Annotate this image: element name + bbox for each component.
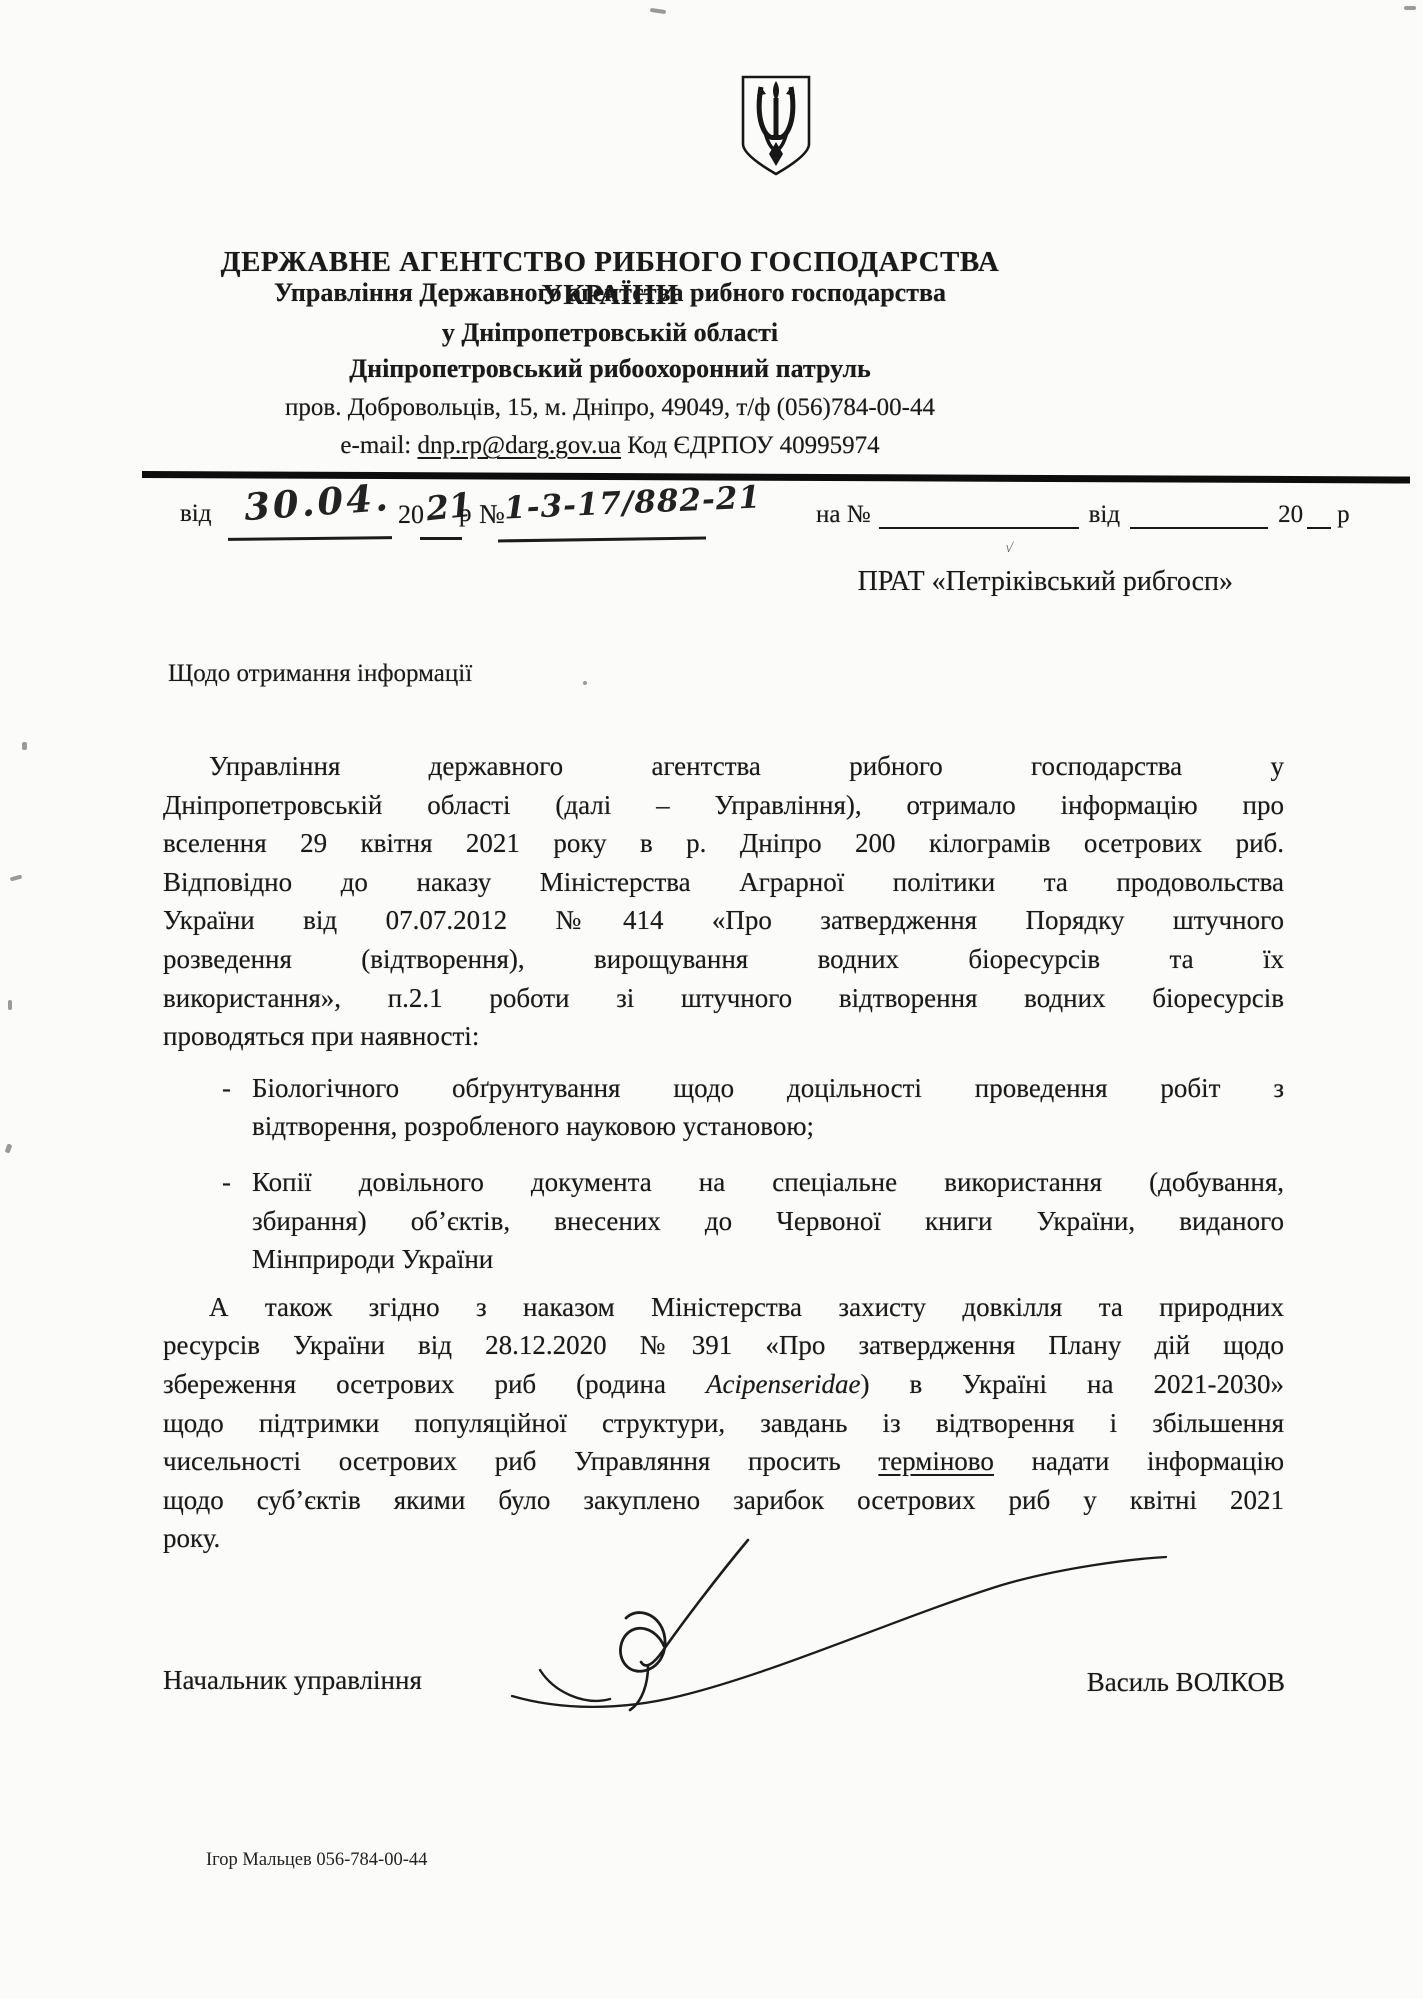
subject-line: Щодо отримання інформації (168, 660, 472, 688)
scan-speck (650, 8, 666, 14)
incoming-reference-blanks: на № від 20 р (816, 497, 1350, 529)
body-line: Біологічного обґрунтування щодо доцільно… (252, 1069, 1284, 1108)
outgoing-number-handwritten: 1-3-17/882-21 (503, 479, 761, 526)
list-item: - Копії довільного документа на спеціаль… (163, 1163, 1284, 1279)
incoming-number-label: на № (816, 501, 871, 529)
body-line: ресурсів України від 28.12.2020 №391 «Пр… (163, 1326, 1284, 1365)
department-line-1: Управління Державного агентства рибного … (150, 278, 1070, 308)
bullet-dash: - (222, 1163, 231, 1202)
executor-contact: Ігор Мальцев 056-784-00-44 (206, 1850, 427, 1871)
body-text-segment: ) в Україні на 2021-2030» (860, 1369, 1284, 1399)
body-line: збирання) об’єктів, внесених до Червоної… (252, 1202, 1284, 1241)
body-text-segment: надати інформацію (994, 1446, 1284, 1476)
outgoing-date-handwritten: 30.04. (243, 475, 392, 529)
letter-body: Управління державного агентства рибного … (163, 747, 1284, 1558)
incoming-year-prefix: 20 (1278, 501, 1303, 529)
outgoing-year-prefix: 20 (398, 500, 424, 530)
body-line: Управління державного агентства рибного … (163, 747, 1284, 786)
body-line: Мінприроди України (252, 1240, 1284, 1279)
email-address: dnp.rp@darg.gov.ua (417, 432, 621, 459)
body-line: відтворення, розробленого науковою устан… (252, 1107, 1284, 1146)
scan-speck (8, 1000, 12, 1010)
scan-speck (583, 681, 587, 685)
latin-species-name: Acipenseridae (706, 1369, 860, 1399)
body-line: щодо підтримки популяційної структури, з… (163, 1404, 1284, 1443)
number-underline (498, 537, 706, 543)
body-line: збереження осетрових риб (родина Acipens… (163, 1365, 1284, 1404)
year-underline (420, 537, 462, 540)
body-line: використання», п.2.1 роботи зі штучного … (163, 979, 1284, 1018)
scan-speck (10, 875, 23, 882)
body-line: Копії довільного документа на спеціальне… (252, 1163, 1284, 1202)
scan-speck (22, 742, 27, 750)
ukraine-trident-emblem-icon (738, 74, 814, 178)
outgoing-year-suffix: р (459, 500, 472, 528)
date-underline (228, 536, 392, 541)
addressee: ПРАТ «Петріківський рибгосп» (858, 566, 1233, 598)
body-line: щодо суб’єктів якими було закуплено зари… (163, 1481, 1284, 1520)
body-line: Відповідно до наказу Міністерства Аграрн… (163, 863, 1284, 902)
scan-speck (5, 1143, 13, 1153)
incoming-year-suffix: р (1337, 501, 1350, 529)
department-line-2: у Дніпропетровській області (150, 318, 1070, 348)
email-edrpou-line: e-mail: dnp.rp@darg.gov.ua Код ЄДРПОУ 40… (150, 432, 1070, 460)
email-label: e-mail: (340, 432, 411, 459)
list-item: - Біологічного обґрунтування щодо доціль… (163, 1069, 1284, 1146)
body-text-segment: збереження осетрових риб (родина (163, 1369, 706, 1399)
signer-position-title: Начальник управління (163, 1665, 422, 1696)
signer-name: Василь ВОЛКОВ (1087, 1667, 1285, 1698)
edrpou-code: Код ЄДРПОУ 40995974 (627, 432, 879, 459)
body-line: України від 07.07.2012 №414 «Про затверд… (163, 901, 1284, 940)
body-line: чисельності осетрових риб Управляння про… (163, 1442, 1284, 1481)
paragraph-1: Управління державного агентства рибного … (163, 747, 1284, 1056)
scan-speck (1404, 6, 1416, 10)
incoming-year-blank (1307, 497, 1331, 529)
department-line-3: Дніпропетровський рибоохоронний патруль (150, 354, 1070, 384)
outgoing-date-label: від (180, 500, 211, 528)
outgoing-number-label: № (479, 499, 505, 530)
emphasized-urgent-word: терміново (878, 1446, 993, 1476)
body-line: вселення 29 квітня 2021 року в р. Дніпро… (163, 824, 1284, 863)
body-line: розведення (відтворення), вирощування во… (163, 940, 1284, 979)
body-line: Дніпропетровській області (далі – Управл… (163, 786, 1284, 825)
body-line: проводяться при наявності: (163, 1017, 1284, 1056)
pen-tick-mark: √ (1004, 540, 1014, 557)
incoming-date-label: від (1089, 501, 1120, 529)
body-text-segment: чисельності осетрових риб Управляння про… (163, 1446, 878, 1476)
incoming-date-blank (1130, 497, 1268, 529)
bullet-dash: - (222, 1069, 231, 1108)
incoming-number-blank (879, 497, 1079, 529)
postal-address: пров. Добровольців, 15, м. Дніпро, 49049… (150, 394, 1070, 422)
body-line: А також згідно з наказом Міністерства за… (163, 1288, 1284, 1327)
scanned-letter-page: ДЕРЖАВНЕ АГЕНТСТВО РИБНОГО ГОСПОДАРСТВА … (0, 0, 1423, 1999)
bullet-list: - Біологічного обґрунтування щодо доціль… (163, 1069, 1284, 1279)
handwritten-signature (478, 1518, 1178, 1730)
